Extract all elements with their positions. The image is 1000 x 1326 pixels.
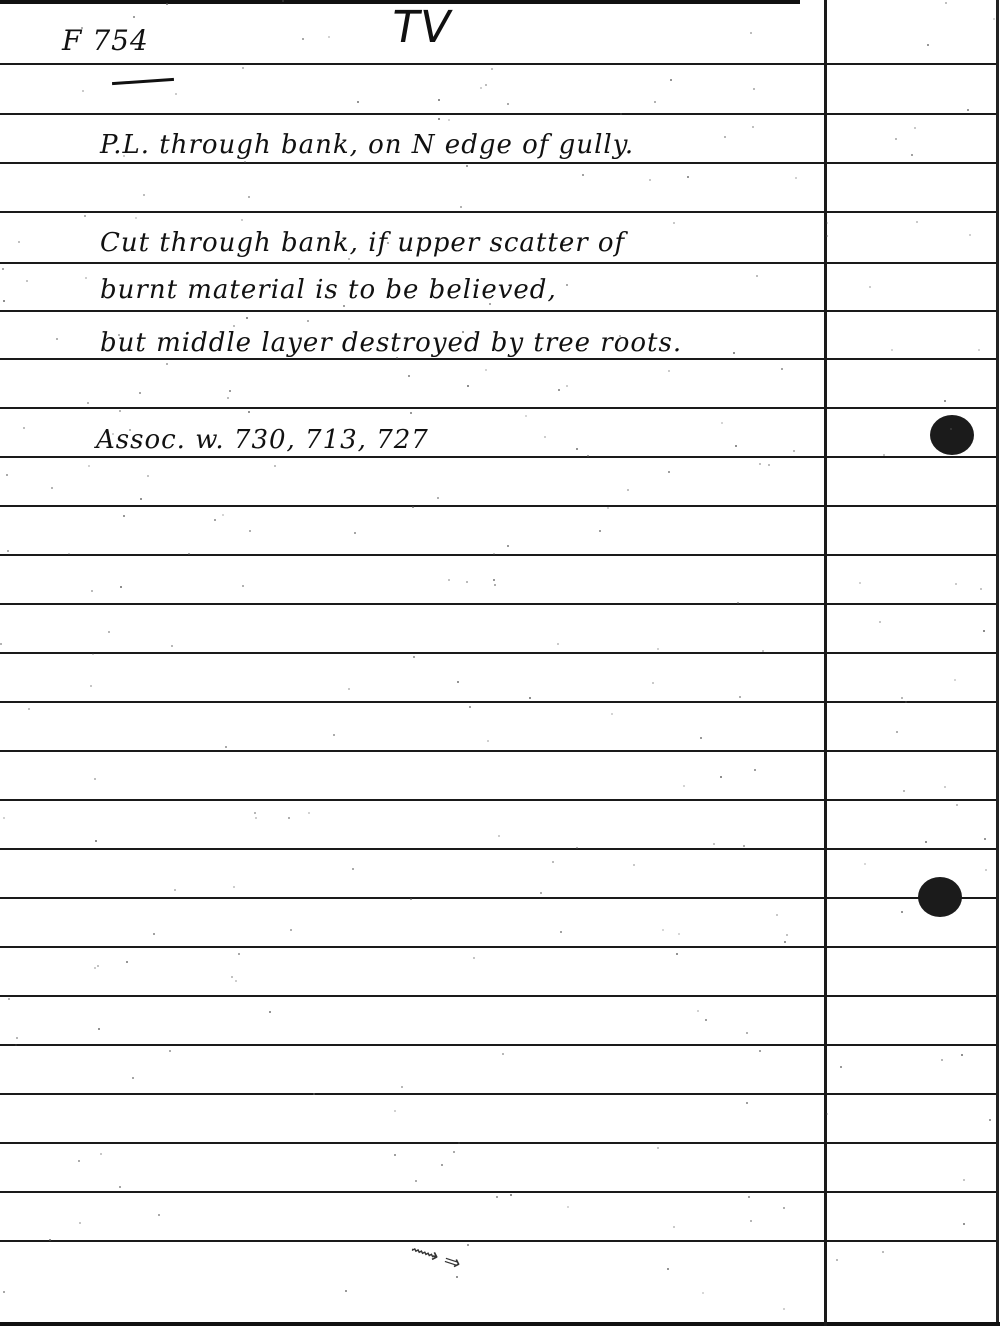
scan-speck: [410, 898, 412, 900]
scan-speck: [627, 489, 629, 491]
scan-speck: [469, 706, 471, 708]
scan-speck: [989, 1119, 991, 1121]
scan-speck: [676, 953, 678, 955]
scan-speck: [683, 785, 685, 787]
scan-speck: [668, 370, 670, 372]
scan-speck: [496, 1196, 498, 1198]
scan-speck: [158, 1214, 160, 1216]
scan-speck: [254, 812, 256, 814]
scan-speck: [282, 0, 284, 2]
scan-speck: [345, 1290, 347, 1292]
scan-speck: [94, 778, 96, 780]
scan-speck: [705, 1019, 707, 1021]
scan-speck: [746, 1032, 748, 1034]
scan-speck: [147, 475, 149, 477]
scan-speck: [984, 838, 986, 840]
scan-speck: [724, 136, 726, 138]
scan-speck: [944, 786, 946, 788]
scan-speck: [611, 713, 613, 715]
feature-reference-underline: [112, 78, 174, 85]
stray-pen-mark: ⟿ ⇒: [408, 1237, 465, 1276]
scan-speck: [480, 87, 482, 89]
scan-speck: [456, 1276, 458, 1278]
rule-line: [0, 211, 996, 213]
scan-speck: [129, 429, 131, 431]
scan-speck: [911, 154, 913, 156]
scan-speck: [599, 530, 601, 532]
notebook-page: F 754 TV P.L. through bank, on N edge of…: [0, 0, 1000, 1326]
scan-speck: [607, 507, 609, 509]
rule-line: [0, 63, 996, 65]
scan-speck: [132, 1077, 134, 1079]
scan-speck: [233, 325, 235, 327]
scan-speck: [882, 1251, 884, 1253]
scan-speck: [175, 93, 177, 95]
scan-speck: [352, 868, 354, 870]
scan-speck: [246, 317, 248, 319]
scan-speck: [244, 161, 246, 163]
scan-speck: [944, 400, 946, 402]
scan-speck: [188, 553, 190, 555]
scan-speck: [649, 179, 651, 181]
scan-speck: [702, 1292, 704, 1294]
scan-speck: [87, 402, 89, 404]
scan-speck: [670, 79, 672, 81]
scan-speck: [274, 465, 276, 467]
scan-speck: [963, 1179, 965, 1181]
scan-speck: [143, 194, 145, 196]
scan-speck: [28, 708, 30, 710]
scan-speck: [348, 258, 350, 260]
scan-speck: [735, 445, 737, 447]
scan-speck: [558, 389, 560, 391]
scan-speck: [343, 305, 345, 307]
rule-line: [0, 1191, 996, 1193]
scan-speck: [410, 412, 412, 414]
scan-speck: [753, 88, 755, 90]
scan-speck: [883, 454, 885, 456]
scan-speck: [119, 1186, 121, 1188]
scan-speck: [510, 1194, 512, 1196]
scan-speck: [6, 474, 8, 476]
rule-line: [0, 603, 996, 605]
scan-speck: [92, 653, 94, 655]
scan-speck: [743, 845, 745, 847]
scan-speck: [112, 433, 114, 435]
scan-speck: [302, 38, 304, 40]
scan-speck: [668, 471, 670, 473]
scan-speck: [16, 1037, 18, 1039]
scan-speck: [950, 428, 952, 430]
scan-speck: [227, 397, 229, 399]
rule-line: [0, 554, 996, 556]
scan-speck: [487, 740, 489, 742]
scan-speck: [98, 1028, 100, 1030]
scan-speck: [657, 648, 659, 650]
scan-speck: [673, 222, 675, 224]
scan-speck: [781, 368, 783, 370]
scan-speck: [238, 953, 240, 955]
scan-speck: [78, 1160, 80, 1162]
scan-speck: [241, 219, 243, 221]
scan-speck: [120, 586, 122, 588]
scan-speck: [288, 817, 290, 819]
scan-speck: [720, 776, 722, 778]
scan-speck: [233, 886, 235, 888]
scan-speck: [826, 222, 828, 224]
scan-speck: [462, 331, 464, 333]
scan-speck: [235, 980, 237, 982]
scan-speck: [961, 1054, 963, 1056]
scan-speck: [485, 369, 487, 371]
scan-speck: [140, 498, 142, 500]
scan-speck: [118, 334, 120, 336]
rule-line: [0, 995, 996, 997]
scan-speck: [654, 101, 656, 103]
punch-hole-upper: [930, 415, 974, 455]
scan-speck: [308, 812, 310, 814]
scan-speck: [85, 277, 87, 279]
scan-speck: [927, 44, 929, 46]
scan-speck: [567, 1206, 569, 1208]
scan-speck: [916, 221, 918, 223]
rule-line: [0, 505, 996, 507]
scan-speck: [983, 630, 985, 632]
scan-speck: [3, 300, 5, 302]
scan-speck: [905, 701, 907, 703]
scan-speck: [540, 892, 542, 894]
scan-speck: [100, 1153, 102, 1155]
scan-speck: [466, 581, 468, 583]
scan-speck: [139, 392, 141, 394]
scan-speck: [494, 584, 496, 586]
scan-speck: [493, 553, 495, 555]
scan-speck: [750, 1220, 752, 1222]
note-line-3: burnt material is to be believed,: [100, 275, 557, 305]
scan-speck: [290, 929, 292, 931]
scan-speck: [914, 127, 916, 129]
scan-speck: [214, 519, 216, 521]
scan-speck: [840, 1066, 842, 1068]
scan-speck: [354, 532, 356, 534]
scan-speck: [166, 3, 168, 5]
scan-speck: [754, 769, 756, 771]
scan-speck: [119, 410, 121, 412]
scan-speck: [3, 817, 5, 819]
page-bottom-edge: [0, 1322, 1000, 1326]
scan-speck: [448, 579, 450, 581]
scan-speck: [248, 196, 250, 198]
scan-speck: [441, 1164, 443, 1166]
rule-line: [0, 1142, 996, 1144]
scan-speck: [489, 303, 491, 305]
scan-speck: [248, 411, 250, 413]
scan-speck: [752, 126, 754, 128]
scan-speck: [333, 734, 335, 736]
scan-speck: [563, 241, 565, 243]
scan-speck: [491, 68, 493, 70]
scan-speck: [633, 864, 635, 866]
scan-speck: [171, 645, 173, 647]
scan-speck: [652, 682, 654, 684]
scan-speck: [313, 1093, 315, 1095]
scan-speck: [869, 286, 871, 288]
scan-speck: [94, 967, 96, 969]
scan-speck: [7, 550, 9, 552]
scan-speck: [901, 911, 903, 913]
scan-speck: [49, 1239, 51, 1241]
scan-speck: [969, 234, 971, 236]
scan-speck: [453, 1151, 455, 1153]
scan-speck: [225, 746, 227, 748]
scan-speck: [783, 1207, 785, 1209]
scan-speck: [587, 455, 589, 457]
rule-line: [0, 946, 996, 948]
scan-speck: [348, 688, 350, 690]
scan-speck: [768, 464, 770, 466]
scan-speck: [795, 177, 797, 179]
scan-speck: [255, 817, 257, 819]
rule-line: [0, 1093, 996, 1095]
scan-speck: [759, 463, 761, 465]
scan-speck: [88, 465, 90, 467]
scan-speck: [896, 731, 898, 733]
rule-line: [0, 310, 996, 312]
rule-line: [0, 358, 996, 360]
rule-line: [0, 456, 996, 458]
rule-line: [0, 799, 996, 801]
scan-speck: [737, 602, 739, 604]
scan-speck: [980, 588, 982, 590]
scan-speck: [895, 138, 897, 140]
scan-speck: [739, 696, 741, 698]
scan-speck: [307, 320, 309, 322]
scan-speck: [673, 1226, 675, 1228]
scan-speck: [576, 448, 578, 450]
margin-line: [824, 0, 827, 1326]
scan-speck: [242, 585, 244, 587]
scan-speck: [750, 32, 752, 34]
scan-speck: [408, 375, 410, 377]
scan-speck: [566, 385, 568, 387]
page-right-edge: [996, 0, 999, 1326]
scan-speck: [784, 941, 786, 943]
note-line-1: P.L. through bank, on N edge of gully.: [100, 130, 634, 160]
scan-speck: [133, 16, 135, 18]
scan-speck: [26, 280, 28, 282]
scan-speck: [231, 976, 233, 978]
scan-speck: [793, 450, 795, 452]
scan-speck: [466, 165, 468, 167]
rule-line: [0, 652, 996, 654]
scan-speck: [485, 84, 487, 86]
scan-speck: [557, 643, 559, 645]
scan-speck: [8, 998, 10, 1000]
rule-line: [0, 262, 996, 264]
scan-speck: [97, 965, 99, 967]
scan-speck: [457, 681, 459, 683]
scan-speck: [473, 957, 475, 959]
scan-speck: [826, 235, 828, 237]
scan-speck: [529, 697, 531, 699]
scan-speck: [123, 515, 125, 517]
scan-speck: [79, 1222, 81, 1224]
scan-speck: [502, 1053, 504, 1055]
scan-speck: [229, 390, 231, 392]
scan-speck: [413, 656, 415, 658]
scan-speck: [249, 530, 251, 532]
scan-speck: [401, 1086, 403, 1088]
rule-line: [0, 750, 996, 752]
scan-speck: [467, 385, 469, 387]
scan-speck: [81, 27, 83, 29]
scan-speck: [153, 933, 155, 935]
scan-speck: [328, 36, 330, 38]
scan-speck: [174, 889, 176, 891]
scan-speck: [566, 284, 568, 286]
rule-line: [0, 848, 996, 850]
scan-speck: [620, 113, 622, 115]
scan-speck: [493, 579, 495, 581]
scan-speck: [18, 241, 20, 243]
scan-speck: [985, 869, 987, 871]
scan-speck: [859, 582, 861, 584]
scan-speck: [687, 176, 689, 178]
scan-speck: [2, 268, 4, 270]
scan-speck: [903, 790, 905, 792]
scan-speck: [552, 861, 554, 863]
scan-speck: [507, 545, 509, 547]
scan-speck: [412, 506, 414, 508]
scan-speck: [56, 338, 58, 340]
scan-speck: [242, 67, 244, 69]
scan-speck: [448, 119, 450, 121]
feature-reference: F 754: [62, 24, 149, 57]
scan-speck: [525, 415, 527, 417]
scan-speck: [3, 1291, 5, 1293]
scan-speck: [544, 436, 546, 438]
scan-speck: [498, 835, 500, 837]
rule-line: [0, 407, 996, 409]
scan-speck: [396, 357, 398, 359]
scan-speck: [864, 863, 866, 865]
scan-speck: [945, 2, 947, 4]
scan-speck: [415, 1180, 417, 1182]
scan-speck: [0, 643, 2, 645]
scan-speck: [955, 583, 957, 585]
note-line-4: but middle layer destroyed by tree roots…: [100, 328, 682, 358]
scan-speck: [84, 215, 86, 217]
scan-speck: [733, 352, 735, 354]
scan-speck: [759, 1050, 761, 1052]
scan-speck: [783, 1308, 785, 1310]
scan-speck: [978, 349, 980, 351]
scan-speck: [95, 840, 97, 842]
scan-speck: [748, 1196, 750, 1198]
scan-speck: [901, 697, 903, 699]
rule-line: [0, 113, 996, 115]
scan-speck: [956, 804, 958, 806]
scan-speck: [776, 914, 778, 916]
scan-speck: [269, 1011, 271, 1013]
scan-speck: [560, 931, 562, 933]
scan-speck: [438, 99, 440, 101]
scan-speck: [507, 103, 509, 105]
punch-hole-lower: [918, 877, 962, 917]
scan-speck: [993, 18, 995, 20]
scan-speck: [68, 553, 70, 555]
scan-speck: [15, 1044, 17, 1046]
scan-speck: [879, 621, 881, 623]
scan-speck: [91, 590, 93, 592]
rule-line: [0, 162, 996, 164]
scan-speck: [667, 1268, 669, 1270]
scan-speck: [662, 929, 664, 931]
scan-speck: [222, 514, 224, 516]
scan-speck: [657, 1147, 659, 1149]
rule-line: [0, 1240, 996, 1242]
scan-speck: [836, 1259, 838, 1261]
scan-speck: [338, 138, 340, 140]
scan-speck: [713, 843, 715, 845]
scan-speck: [438, 118, 440, 120]
scan-speck: [746, 1102, 748, 1104]
scan-speck: [925, 841, 927, 843]
scan-speck: [126, 961, 128, 963]
scan-speck: [786, 934, 788, 936]
scan-speck: [90, 685, 92, 687]
scan-speck: [619, 335, 621, 337]
scan-speck: [437, 497, 439, 499]
scan-speck: [721, 422, 723, 424]
scan-speck: [387, 242, 389, 244]
scan-speck: [467, 1244, 469, 1246]
scan-speck: [678, 933, 680, 935]
scan-speck: [891, 349, 893, 351]
scan-speck: [826, 1113, 828, 1115]
scan-speck: [123, 155, 125, 157]
scan-speck: [458, 1142, 460, 1144]
scan-speck: [23, 427, 25, 429]
scan-speck: [51, 487, 53, 489]
scan-speck: [166, 363, 168, 365]
scan-speck: [460, 206, 462, 208]
scan-speck: [82, 90, 84, 92]
rule-line: [0, 897, 996, 899]
note-line-2: Cut through bank, if upper scatter of: [100, 228, 625, 258]
scan-speck: [135, 217, 137, 219]
scan-speck: [394, 1154, 396, 1156]
rule-line: [0, 1044, 996, 1046]
scan-speck: [954, 679, 956, 681]
scan-speck: [941, 1059, 943, 1061]
rule-line: [0, 701, 996, 703]
scan-speck: [394, 1110, 396, 1112]
note-line-5: Assoc. w. 730, 713, 727: [96, 425, 429, 455]
scan-speck: [582, 174, 584, 176]
scan-speck: [963, 1223, 965, 1225]
scan-speck: [697, 1010, 699, 1012]
scan-speck: [108, 631, 110, 633]
scan-speck: [967, 109, 969, 111]
scan-speck: [762, 650, 764, 652]
scan-speck: [756, 275, 758, 277]
scan-speck: [576, 847, 578, 849]
scan-speck: [357, 101, 359, 103]
author-initials: TV: [388, 2, 456, 53]
scan-speck: [700, 737, 702, 739]
scan-speck: [169, 1050, 171, 1052]
